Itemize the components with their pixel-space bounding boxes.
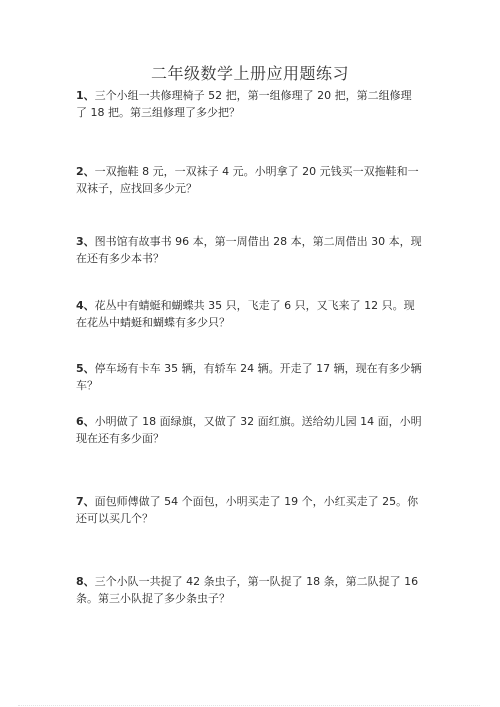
question-number: 3、 bbox=[76, 235, 95, 248]
question-5: 5、停车场有卡车 35 辆，有轿车 24 辆。开走了 17 辆，现在有多少辆车？ bbox=[76, 360, 422, 394]
question-7: 7、面包师傅做了 54 个面包，小明买走了 19 个，小红买走了 25。你还可以… bbox=[76, 493, 422, 527]
question-number: 8、 bbox=[76, 575, 95, 588]
question-text: 花丛中有蜻蜓和蝴蝶共 35 只，飞走了 6 只，又飞来了 12 只。现在花丛中蜻… bbox=[76, 299, 415, 329]
question-6: 6、小明做了 18 面绿旗，又做了 32 面红旗。送给幼儿园 14 面，小明现在… bbox=[76, 413, 422, 447]
question-number: 5、 bbox=[76, 362, 95, 375]
question-text: 图书馆有故事书 96 本，第一周借出 28 本，第二周借出 30 本，现在还有多… bbox=[76, 235, 422, 265]
question-1: 1、三个小组一共修理椅子 52 把，第一组修理了 20 把，第二组修理了 18 … bbox=[76, 87, 422, 121]
question-4: 4、花丛中有蜻蜓和蝴蝶共 35 只，飞走了 6 只，又飞来了 12 只。现在花丛… bbox=[76, 297, 422, 331]
page-title: 二年级数学上册应用题练习 bbox=[0, 64, 500, 84]
page-bottom-divider bbox=[18, 705, 480, 706]
question-number: 1、 bbox=[76, 89, 95, 102]
question-8: 8、三个小队一共捉了 42 条虫子，第一队捉了 18 条，第二队捉了 16 条。… bbox=[76, 573, 422, 607]
question-number: 6、 bbox=[76, 415, 95, 428]
question-2: 2、一双拖鞋 8 元，一双袜子 4 元。小明拿了 20 元钱买一双拖鞋和一双袜子… bbox=[76, 163, 422, 197]
question-number: 4、 bbox=[76, 299, 95, 312]
question-text: 停车场有卡车 35 辆，有轿车 24 辆。开走了 17 辆，现在有多少辆车？ bbox=[76, 362, 422, 392]
question-text: 一双拖鞋 8 元，一双袜子 4 元。小明拿了 20 元钱买一双拖鞋和一双袜子，应… bbox=[76, 165, 419, 195]
question-number: 2、 bbox=[76, 165, 95, 178]
question-text: 三个小队一共捉了 42 条虫子，第一队捉了 18 条，第二队捉了 16 条。第三… bbox=[76, 575, 418, 605]
question-text: 小明做了 18 面绿旗，又做了 32 面红旗。送给幼儿园 14 面，小明现在还有… bbox=[76, 415, 422, 445]
question-text: 面包师傅做了 54 个面包，小明买走了 19 个，小红买走了 25。你还可以买几… bbox=[76, 495, 418, 525]
question-text: 三个小组一共修理椅子 52 把，第一组修理了 20 把，第二组修理了 18 把。… bbox=[76, 89, 412, 119]
question-3: 3、图书馆有故事书 96 本，第一周借出 28 本，第二周借出 30 本，现在还… bbox=[76, 233, 422, 267]
question-number: 7、 bbox=[76, 495, 95, 508]
